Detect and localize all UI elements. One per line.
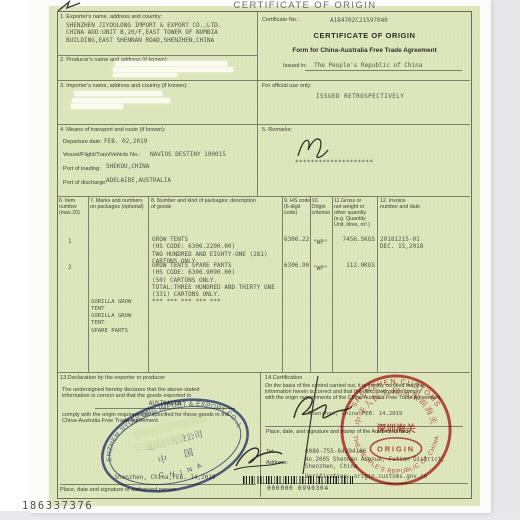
- divider: [282, 196, 283, 372]
- divider: [332, 196, 333, 372]
- issued-in-label: Issued in:: [283, 63, 307, 69]
- row2-hs-code: 6306.90: [284, 262, 309, 269]
- customs-stamp: SHENZHEN CUSTOMS THE PEOPLE'S REPUBLIC O…: [337, 371, 455, 489]
- marks-value-1: GORILLA GROW TENT: [91, 299, 147, 314]
- barcode-number: 000000 6990304: [243, 485, 353, 492]
- form-line: Form for China-Australia Free Trade Agre…: [262, 47, 467, 54]
- official-use-value: ISSUED RETROSPECTIVELY: [316, 93, 404, 100]
- divider: [57, 124, 470, 125]
- row1-item: 1: [68, 238, 72, 245]
- divider: [57, 55, 257, 56]
- divider: [377, 196, 378, 372]
- redaction-bar: [113, 73, 177, 77]
- row2-item: 2: [68, 264, 72, 271]
- vessel-label: Vessel/Flight/Train/Vehicle No.:: [63, 152, 140, 158]
- redaction-bar: [115, 61, 227, 66]
- row2-origin-criterion: "WP": [313, 265, 327, 272]
- row1-description: GROW TENTS (HS CODE: 6306.2200.00) TWO H…: [152, 236, 280, 265]
- barcode: [243, 476, 353, 484]
- port-discharge-value: ADELAIDE,AUSTRALIA: [106, 177, 171, 184]
- pen-stroke: [298, 374, 324, 476]
- row2-description: GROW TENTS SPARE PARTS (HS CODE: 6306.90…: [152, 262, 280, 306]
- redaction-bar: [113, 67, 233, 72]
- remarks-label: 5. Remarks:: [262, 127, 292, 133]
- port-discharge-label: Port of discharge:: [63, 180, 107, 186]
- svg-text:THE PEOPLE'S REPUBLIC OF CHINA: THE PEOPLE'S REPUBLIC OF CHINA: [351, 435, 441, 476]
- row1-weight: 7456.5KGS: [335, 236, 375, 243]
- importer-label: 3. Importer's name, address and country …: [60, 83, 188, 89]
- issued-in-value: The People's Republic of China: [314, 62, 422, 69]
- scanned-certificate-of-origin: CERTIFICATE OF ORIGIN 1. Exporter's name…: [0, 0, 520, 520]
- col-invoice-header: 12. Invoice number and date: [380, 198, 468, 210]
- divider: [88, 196, 89, 372]
- col-weight-header: 11.Gross or net weight or other quantity…: [334, 198, 377, 228]
- stamp-arc-bottom: THE PEOPLE'S REPUBLIC OF CHINA: [351, 435, 441, 476]
- official-use-label: For official use only:: [262, 83, 312, 89]
- row2-weight: 112.0KGS: [335, 262, 375, 269]
- exporter-label: 1. Exporter's name, address and country:: [60, 14, 162, 20]
- marks-value-2: GORILLA GROW TENT SPARE PARTS: [91, 313, 147, 335]
- transport-label: 4. Means of transport and route (if know…: [60, 127, 165, 133]
- handwritten-scribble: [292, 128, 334, 164]
- declaration-label: 13.Declaration by the exporter or produc…: [60, 375, 165, 381]
- redaction-bar: [71, 104, 123, 109]
- port-loading-label: Port of loading:: [63, 166, 101, 172]
- col-hs-header: 9. HS code (6-digit code): [284, 198, 311, 216]
- col-marks-header: 7. Marks and numbers on packages (option…: [90, 198, 147, 210]
- col-desc-header: 8. Number and kind of packages; descript…: [151, 198, 281, 210]
- row1-origin-criterion: "WP": [313, 239, 327, 246]
- row1-hs-code: 6306.22: [284, 236, 309, 243]
- document-serial-number: 186337376: [22, 500, 93, 512]
- certification-label: 14.Certification: [265, 375, 302, 381]
- certificate-no-label: Certificate No.:: [262, 17, 299, 23]
- row1-invoice: 20181215-01 DEC. 15,2018: [380, 236, 468, 251]
- divider: [257, 11, 258, 196]
- redaction-bar: [74, 91, 162, 96]
- stamp-center-text: 深圳海关: [376, 422, 415, 435]
- exporter-value: SHENZHEN JIYOULONG IMPORT & EXPORT CO.,L…: [66, 22, 256, 44]
- divider: [57, 196, 470, 197]
- page-title: CERTIFICATE OF ORIGIN: [175, 0, 435, 11]
- underline: [305, 70, 462, 71]
- scan-margin-right: [491, 0, 520, 520]
- certificate-no-value: A184702C21597040: [330, 17, 388, 24]
- stamp-origin-text: ORIGIN: [377, 445, 415, 454]
- divider: [57, 80, 470, 81]
- redaction-bar: [72, 98, 170, 103]
- divider: [148, 196, 149, 372]
- col-origin-header: 10. Origin criterion: [312, 198, 333, 216]
- col-item-header: 6. Item number (max.20): [59, 198, 87, 216]
- port-loading-value: SHEKOU,CHINA: [106, 163, 149, 170]
- departure-date-value: FEB. 02,2019: [104, 138, 147, 145]
- vessel-value: NAVIOS DESTINY 190015: [150, 151, 226, 158]
- departure-date-label: Departure date:: [63, 139, 102, 145]
- certificate-title: CERTIFICATE OF ORIGIN: [262, 31, 467, 40]
- divider: [310, 196, 311, 372]
